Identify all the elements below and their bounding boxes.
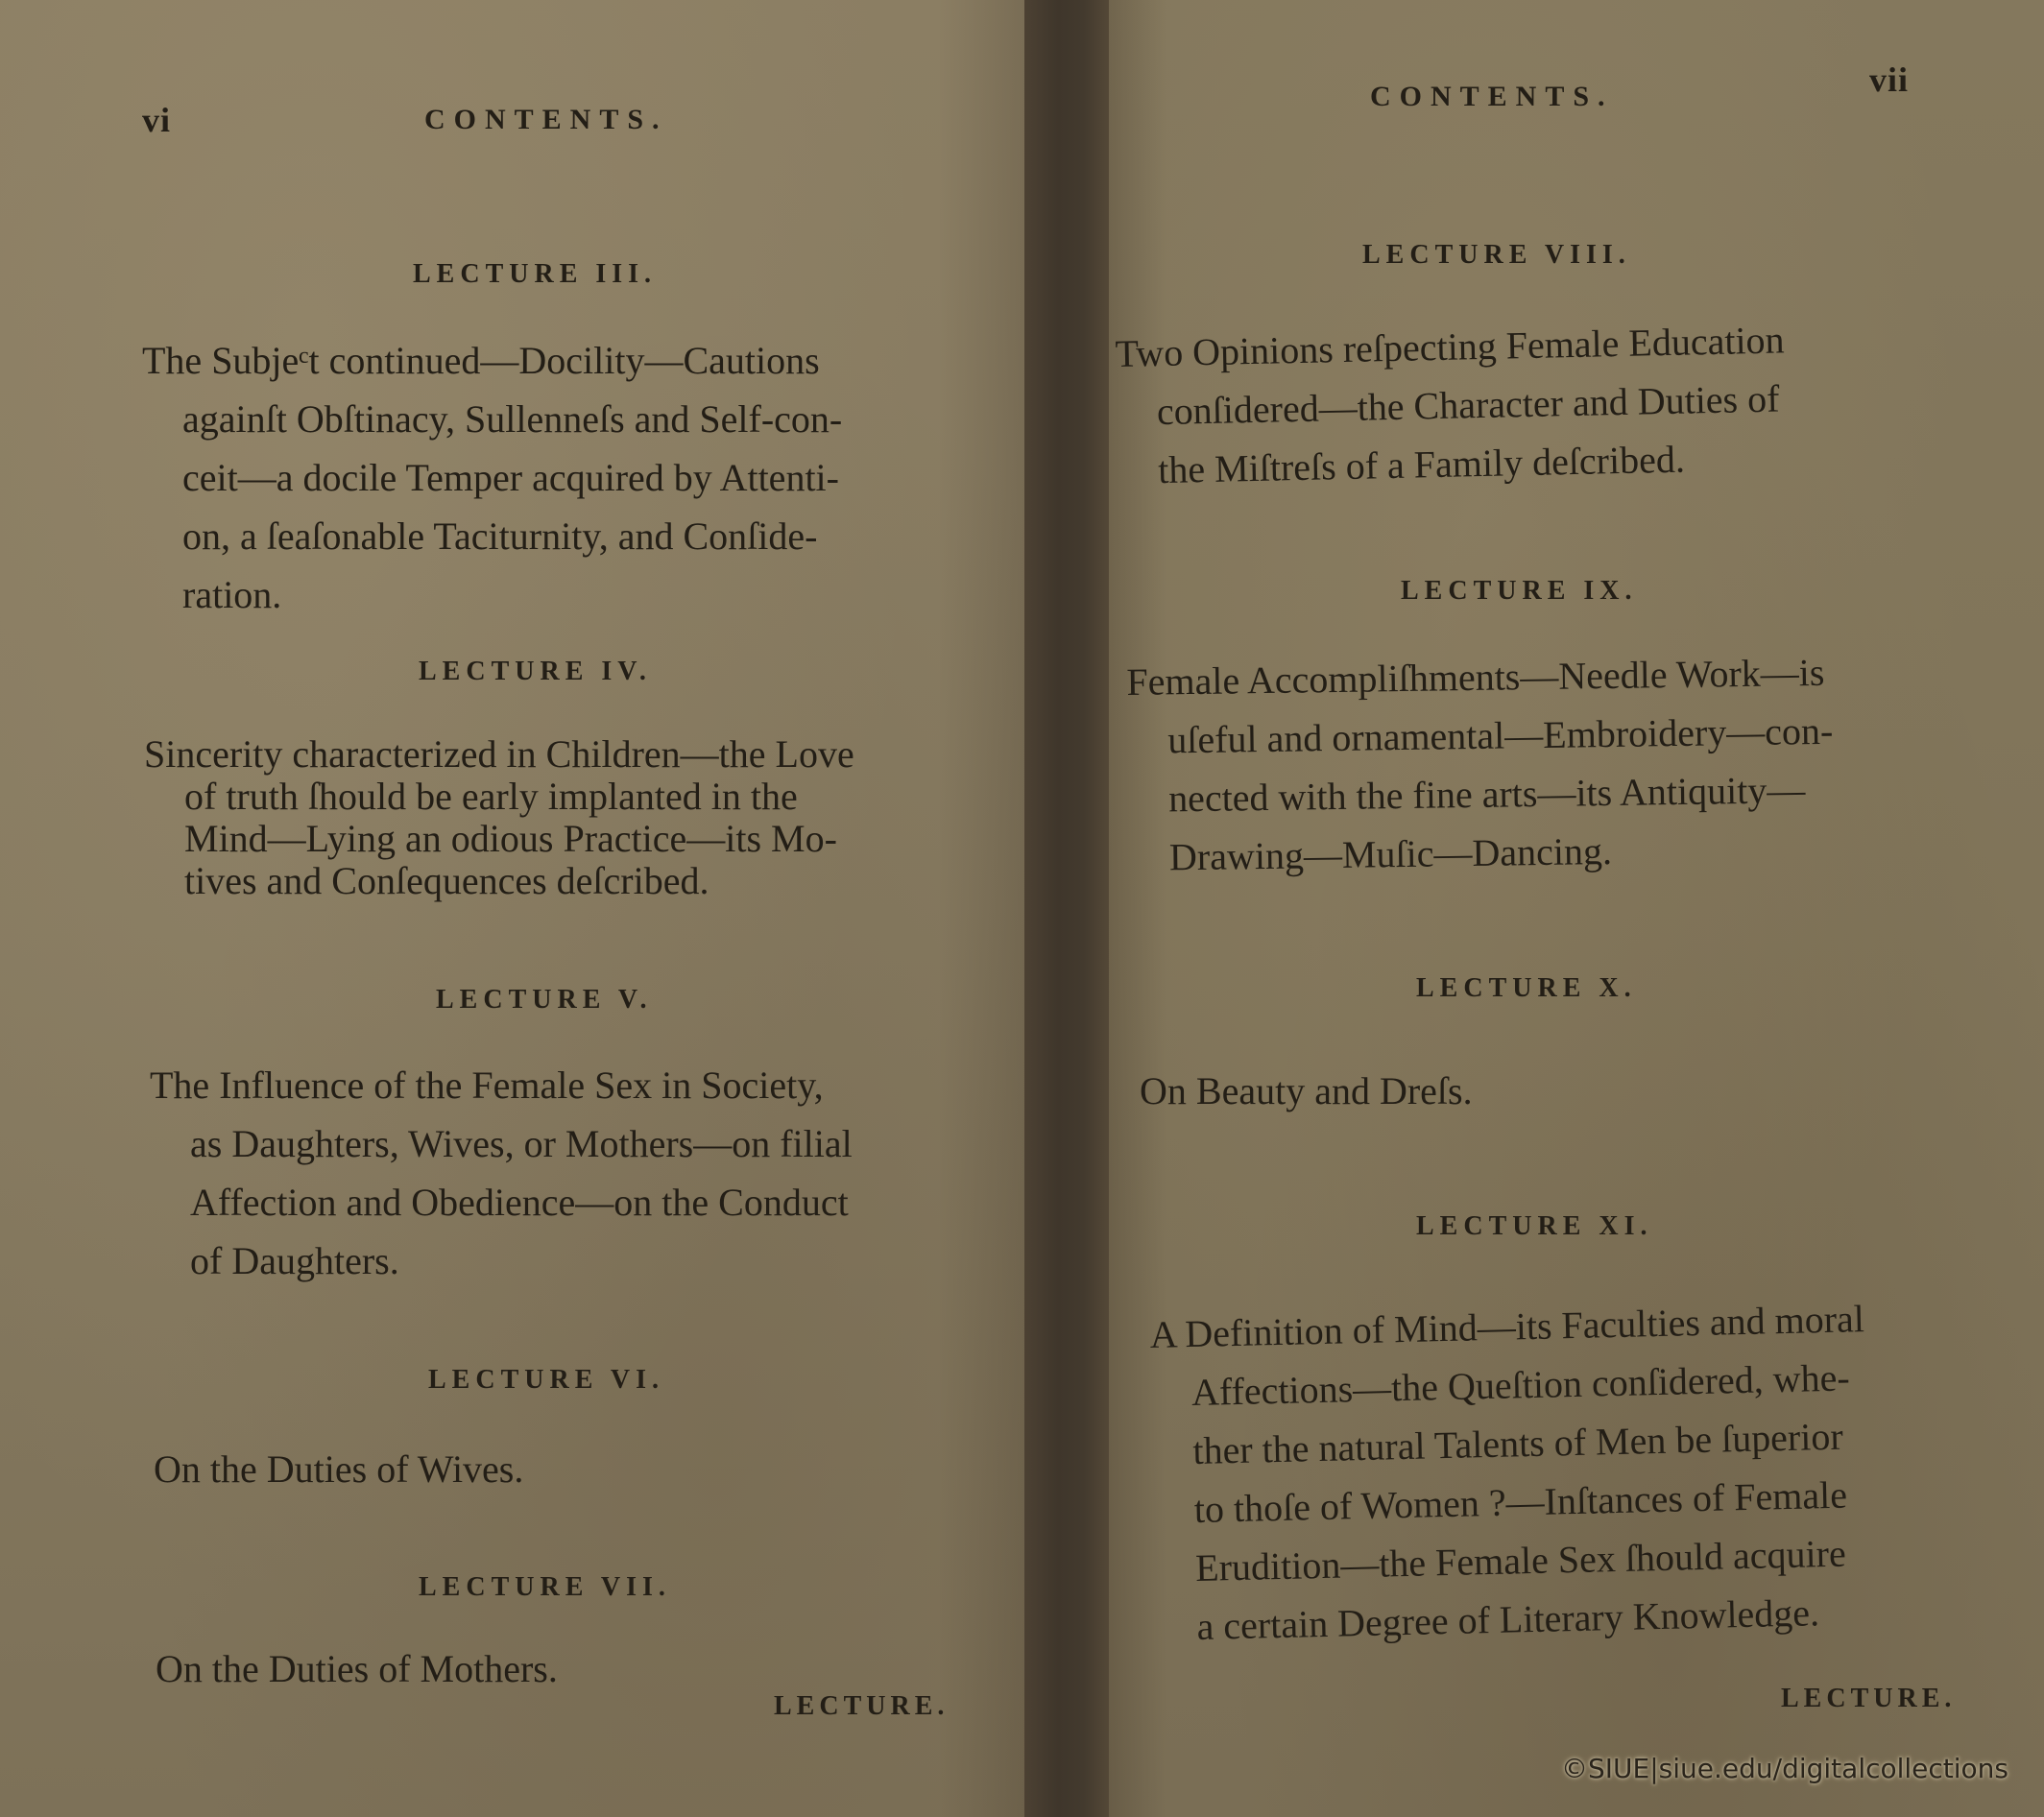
summary-line: The Influence of the Female Sex in Socie… — [150, 1056, 853, 1114]
page-number-right: vii — [1869, 60, 1909, 100]
lecture-heading: LECTURE III. — [413, 259, 657, 290]
lecture-heading: LECTURE IV. — [419, 657, 652, 687]
book-gutter — [1024, 0, 1109, 1817]
page-number-left: vi — [142, 100, 171, 140]
summary-line: The Subjeᶜt continued—Docility—Cautions — [142, 331, 842, 390]
lecture-summary: The Subjeᶜt continued—Docility—Cautions … — [142, 331, 842, 624]
summary-line: on, a ſeaſonable Taciturnity, and Conſid… — [142, 507, 842, 565]
lecture-summary: A Definition of Mind—its Faculties and m… — [1149, 1289, 1871, 1657]
summary-line: On Beauty and Dreſs. — [1140, 1062, 1473, 1120]
lecture-summary: Female Accompliſhments—Needle Work—is uſ… — [1126, 643, 1835, 887]
lecture-summary: On the Duties of Mothers. — [156, 1639, 558, 1698]
summary-line: of Daughters. — [150, 1231, 853, 1290]
book-spread: vi CONTENTS. LECTURE III. The Subjeᶜt co… — [0, 0, 2044, 1817]
summary-line: uſeful and ornamental—Embroidery—con- — [1127, 702, 1834, 770]
summary-line: againſt Obſtinacy, Sullenneſs and Self-c… — [142, 390, 842, 448]
lecture-summary: On the Duties of Wives. — [154, 1440, 523, 1498]
summary-line: as Daughters, Wives, or Mothers—on filia… — [150, 1114, 853, 1173]
right-page: CONTENTS. vii LECTURE VIII. Two Opinions… — [1109, 0, 2044, 1817]
lecture-summary: The Influence of the Female Sex in Socie… — [150, 1056, 853, 1290]
running-head-right: CONTENTS. — [1370, 81, 1614, 113]
lecture-summary: Sincerity characterized in Children—the … — [144, 733, 854, 902]
summary-line: Mind—Lying an odious Practice—its Mo- — [144, 818, 854, 860]
summary-line: of truth ſhould be early implanted in th… — [144, 776, 854, 818]
catchword-left: LECTURE. — [774, 1691, 949, 1722]
lecture-heading: LECTURE X. — [1416, 973, 1637, 1004]
lecture-heading: LECTURE V. — [436, 985, 652, 1016]
summary-line: Affection and Obedience—on the Conduct — [150, 1173, 853, 1231]
left-page: vi CONTENTS. LECTURE III. The Subjeᶜt co… — [0, 0, 1024, 1817]
lecture-heading: LECTURE IX. — [1401, 576, 1637, 607]
summary-line: On the Duties of Wives. — [154, 1440, 523, 1498]
catchword-right: LECTURE. — [1781, 1684, 1956, 1714]
lecture-heading: LECTURE VII. — [419, 1572, 671, 1603]
summary-line: Female Accompliſhments—Needle Work—is — [1126, 643, 1833, 711]
summary-line: tives and Conſequences deſcribed. — [144, 860, 854, 902]
summary-line: nected with the fine arts—its Antiquity— — [1128, 760, 1835, 828]
running-head-left: CONTENTS. — [424, 104, 668, 136]
summary-line: Sincerity characterized in Children—the … — [144, 733, 854, 776]
lecture-heading: LECTURE VIII. — [1362, 240, 1631, 271]
lecture-heading: LECTURE VI. — [428, 1365, 664, 1396]
lecture-heading: LECTURE XI. — [1416, 1211, 1652, 1242]
summary-line: On the Duties of Mothers. — [156, 1639, 558, 1698]
lecture-summary: Two Opinions reſpecting Female Education… — [1115, 310, 1788, 500]
summary-line: Drawing—Muſic—Dancing. — [1129, 819, 1836, 887]
summary-line: ceit—a docile Temper acquired by Attenti… — [142, 448, 842, 507]
copyright-watermark: ©SIUE|siue.edu/digitalcollections — [1561, 1753, 2008, 1784]
lecture-summary: On Beauty and Dreſs. — [1140, 1062, 1473, 1120]
summary-line: ration. — [142, 565, 842, 624]
